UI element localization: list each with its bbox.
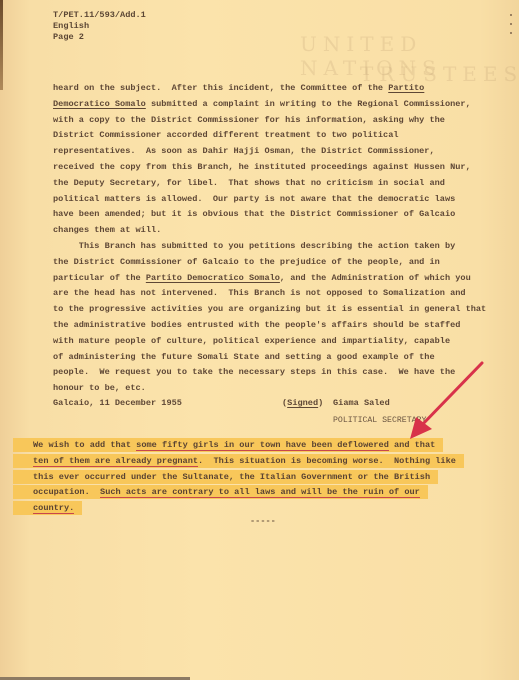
body-line: political matters is allowed. Our party … xyxy=(53,192,493,208)
document-symbol: T/PET.11/593/Add.1 xyxy=(53,10,146,21)
signed-marker: (Signed) xyxy=(282,398,323,408)
body-line: the administrative bodies entrusted with… xyxy=(53,318,493,334)
end-divider: ----- xyxy=(250,516,276,526)
body-line: representatives. As soon as Dahir Hajji … xyxy=(53,144,493,160)
body-line: received the copy from this Branch, he i… xyxy=(53,160,493,176)
postscript-line: this ever occurred under the Sultanate, … xyxy=(33,470,513,486)
body-line: have been amended; but it is obvious tha… xyxy=(53,207,493,223)
body-line: to the progressive activities you are or… xyxy=(53,302,493,318)
letter-body: heard on the subject. After this inciden… xyxy=(53,81,493,397)
red-underline-annotation: Such acts are contrary to all laws and w… xyxy=(100,487,420,498)
body-line: This Branch has submitted to you petitio… xyxy=(53,239,493,255)
body-line: with mature people of culture, political… xyxy=(53,334,493,350)
page-edge-shadow xyxy=(0,0,3,90)
highlight-marker: ten of them are already pregnant. This s… xyxy=(13,454,464,468)
postscript-line: country. xyxy=(33,501,513,517)
highlight-marker: country. xyxy=(13,501,82,515)
page-number: Page 2 xyxy=(53,32,146,43)
document-page: UNITED NATIONS TRUSTEESHIP T/PET.11/593/… xyxy=(0,0,519,680)
signed-label: Signed xyxy=(287,398,318,408)
underlined-party-name: Partito xyxy=(388,83,424,93)
underlined-party-name: Partito Democratico Somalo xyxy=(146,273,280,283)
body-line: Democratico Somalo submitted a complaint… xyxy=(53,97,493,113)
highlight-marker: this ever occurred under the Sultanate, … xyxy=(13,470,438,484)
postscript-line: occupation. Such acts are contrary to al… xyxy=(33,485,513,501)
body-line: heard on the subject. After this inciden… xyxy=(53,81,493,97)
body-line: District Commissioner accorded different… xyxy=(53,128,493,144)
body-line: with a copy to the District Commissioner… xyxy=(53,113,493,129)
document-header: T/PET.11/593/Add.1 English Page 2 xyxy=(53,10,146,43)
red-arrow-annotation xyxy=(380,355,490,445)
red-underline-annotation: ten of them are already pregnant xyxy=(33,456,198,467)
highlight-marker: occupation. Such acts are contrary to al… xyxy=(13,485,428,499)
body-line: changes them at will. xyxy=(53,223,493,239)
margin-dots xyxy=(510,14,514,41)
highlighted-postscript: We wish to add that some fifty girls in … xyxy=(33,438,513,517)
body-line: particular of the Partito Democratico So… xyxy=(53,271,493,287)
body-line: are the head has not intervened. This Br… xyxy=(53,286,493,302)
body-line: the District Commissioner of Galcaio to … xyxy=(53,255,493,271)
underlined-party-name: Democratico Somalo xyxy=(53,99,146,109)
red-underline-annotation: some fifty girls in our town have been d… xyxy=(136,440,389,451)
highlight-marker: We wish to add that some fifty girls in … xyxy=(13,438,443,452)
postscript-line: ten of them are already pregnant. This s… xyxy=(33,454,513,470)
place-date: Galcaio, 11 December 1955 xyxy=(53,398,182,408)
document-language: English xyxy=(53,21,146,32)
body-line: the Deputy Secretary, for libel. That sh… xyxy=(53,176,493,192)
red-underline-annotation: country. xyxy=(33,503,74,514)
